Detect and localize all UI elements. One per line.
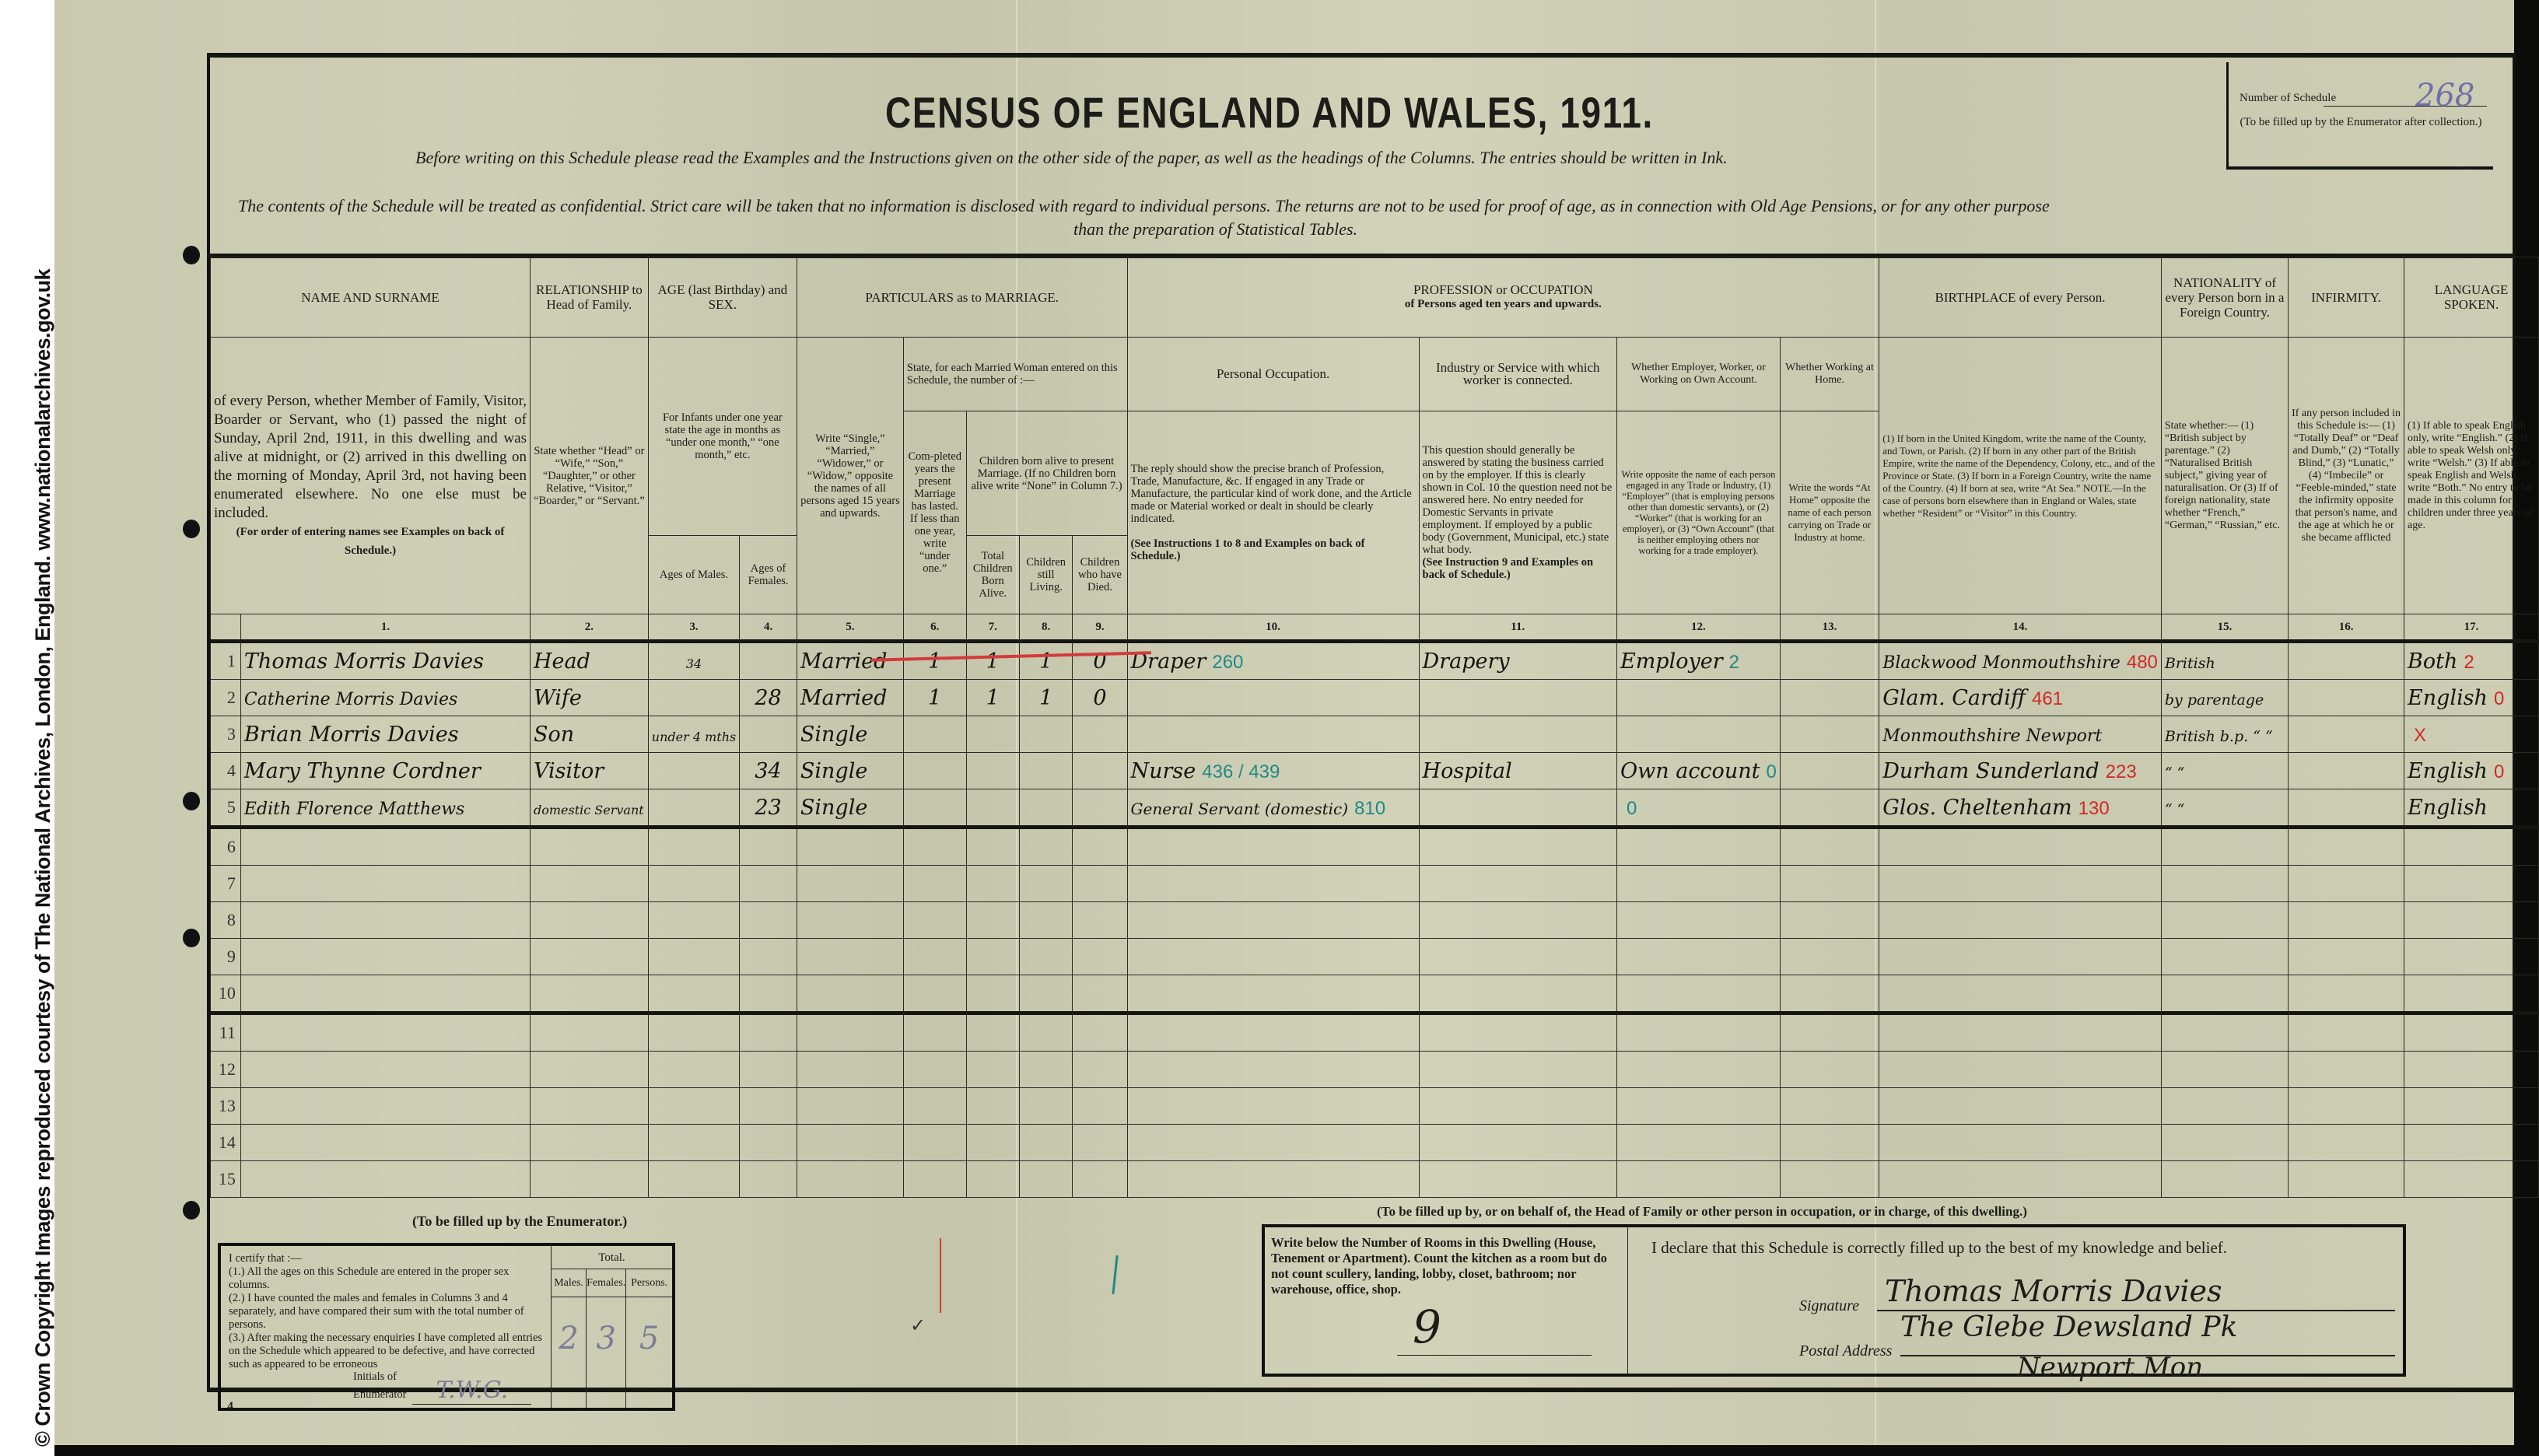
signature-value: Thomas Morris Davies bbox=[1885, 1274, 2222, 1308]
birthplace: Durham Sunderland bbox=[1882, 759, 2099, 783]
census-table: NAME AND SURNAME RELATIONSHIP to Head of… bbox=[210, 257, 2539, 1198]
children-living-cell bbox=[1019, 828, 1072, 866]
nationality-cell bbox=[2161, 866, 2288, 902]
column-header-occupation: PROFESSION or OCCUPATION of Persons aged… bbox=[1127, 257, 1879, 338]
enumerator-initials: Initials of EnumeratorT.W.G. bbox=[353, 1370, 551, 1402]
enumerator-certification-text: I certify that :— (1.) All the ages on t… bbox=[221, 1246, 552, 1408]
birthplace-instructions: (1) If born in the United Kingdom, write… bbox=[1879, 338, 2162, 614]
years-married-cell bbox=[903, 753, 966, 789]
industry-cell bbox=[1419, 716, 1616, 753]
age-male-cell bbox=[648, 939, 739, 975]
column-number: 3. bbox=[648, 614, 739, 642]
children-born-cell bbox=[966, 828, 1019, 866]
age-female-cell bbox=[740, 1125, 797, 1161]
certify-item-3: (3.) After making the necessary enquirie… bbox=[229, 1332, 543, 1371]
birthplace-cell bbox=[1879, 828, 2162, 866]
children-living-cell bbox=[1019, 716, 1072, 753]
row-number: 11 bbox=[211, 1013, 241, 1052]
row-number: 6 bbox=[211, 828, 241, 866]
language-cell bbox=[2404, 902, 2539, 939]
relationship-cell bbox=[530, 1125, 648, 1161]
language: English bbox=[2408, 759, 2488, 783]
certify-item-2: (2.) I have counted the males and female… bbox=[229, 1292, 543, 1332]
nationality-cell bbox=[2161, 1125, 2288, 1161]
table-row: 6 bbox=[211, 828, 2539, 866]
marital-status-cell bbox=[797, 828, 903, 866]
column-header-language: LANGUAGE SPOKEN. bbox=[2404, 257, 2539, 338]
personal-occupation-desc: The reply should show the precise branch… bbox=[1131, 463, 1412, 525]
marital-status-cell bbox=[797, 975, 903, 1013]
children-born: 1 bbox=[986, 649, 1000, 674]
column-number: 10. bbox=[1127, 614, 1419, 642]
children-living: 1 bbox=[1039, 649, 1052, 674]
age-female-cell bbox=[740, 902, 797, 939]
marital-status-instructions: Write “Single,” “Married,” “Widower,” or… bbox=[797, 338, 903, 614]
name-instructions: of every Person, whether Member of Famil… bbox=[211, 338, 531, 614]
table-row: 7 bbox=[211, 866, 2539, 902]
person-name-cell: Catherine Morris Davies bbox=[240, 680, 530, 716]
employment-status-cell bbox=[1617, 975, 1781, 1013]
infirmity-instructions: If any person included in this Schedule … bbox=[2289, 338, 2404, 614]
birthplace-cell bbox=[1879, 1161, 2162, 1198]
age-female-cell: 23 bbox=[740, 789, 797, 828]
birthplace-cell: Glam. Cardiff461 bbox=[1879, 680, 2162, 716]
column-header-relationship: RELATIONSHIP to Head of Family. bbox=[530, 257, 648, 338]
marital-status-cell bbox=[797, 1052, 903, 1088]
males-total: 2 bbox=[552, 1297, 587, 1408]
children-born-cell bbox=[966, 902, 1019, 939]
ages-of-males-label: Ages of Males. bbox=[648, 536, 739, 614]
marital-status-cell bbox=[797, 1125, 903, 1161]
punch-hole bbox=[183, 246, 200, 264]
nationality: British bbox=[2165, 655, 2215, 672]
age-female-cell bbox=[740, 642, 797, 680]
employment-status-cell bbox=[1617, 1088, 1781, 1125]
industry: Hospital bbox=[1423, 759, 1512, 783]
column-number: 5. bbox=[797, 614, 903, 642]
years-married-cell bbox=[903, 939, 966, 975]
language: English bbox=[2408, 796, 2488, 820]
children-living-cell bbox=[1019, 753, 1072, 789]
personal-occupation: General Servant (domestic) bbox=[1131, 800, 1349, 818]
schedule-number-box: Number of Schedule 268 (To be filled up … bbox=[2226, 62, 2493, 170]
children-died-cell bbox=[1073, 828, 1127, 866]
working-at-home-cell bbox=[1780, 642, 1879, 680]
person-name: Brian Morris Davies bbox=[244, 723, 459, 747]
children-died-cell bbox=[1073, 1052, 1127, 1088]
birthplace-cell bbox=[1879, 939, 2162, 975]
age-female-cell bbox=[740, 1161, 797, 1198]
column-number: 16. bbox=[2289, 614, 2404, 642]
children-living-cell bbox=[1019, 975, 1072, 1013]
table-row: 11 bbox=[211, 1013, 2539, 1052]
language-cell: X bbox=[2404, 716, 2539, 753]
age-female-cell bbox=[740, 828, 797, 866]
personal-occupation-cell bbox=[1127, 828, 1419, 866]
language-code: X bbox=[2414, 725, 2426, 746]
industry-cell bbox=[1419, 1125, 1616, 1161]
birthplace-cell bbox=[1879, 1088, 2162, 1125]
declaration-statement: I declare that this Schedule is correctl… bbox=[1651, 1238, 2227, 1258]
rooms-instruction: Write below the Number of Rooms in this … bbox=[1271, 1235, 1621, 1297]
birthplace-cell bbox=[1879, 1013, 2162, 1052]
person-name-cell: Brian Morris Davies bbox=[240, 716, 530, 753]
children-living-cell bbox=[1019, 1161, 1072, 1198]
working-at-home-cell bbox=[1780, 1052, 1879, 1088]
personal-occupation-cell: Draper260 bbox=[1127, 642, 1419, 680]
age-female-cell bbox=[740, 866, 797, 902]
table-row: 8 bbox=[211, 902, 2539, 939]
children-living-cell: 1 bbox=[1019, 680, 1072, 716]
row-number: 8 bbox=[211, 902, 241, 939]
column-number: 8. bbox=[1019, 614, 1072, 642]
industry-note: (See Instruction 9 and Examples on back … bbox=[1423, 556, 1594, 581]
industry-desc: This question should generally be answer… bbox=[1423, 444, 1613, 556]
children-died-cell bbox=[1073, 866, 1127, 902]
age-male-cell bbox=[648, 789, 739, 828]
occupation-subhead: of Persons aged ten years and upwards. bbox=[1131, 297, 1876, 312]
children-living-cell bbox=[1019, 1088, 1072, 1125]
personal-occupation-cell: Nurse436 / 439 bbox=[1127, 753, 1419, 789]
infirmity-cell bbox=[2289, 1161, 2404, 1198]
personal-occupation-instructions: The reply should show the precise branch… bbox=[1127, 411, 1419, 614]
years-married-cell bbox=[903, 789, 966, 828]
age-female-cell: 28 bbox=[740, 680, 797, 716]
years-married: 1 bbox=[928, 686, 941, 710]
punch-hole bbox=[183, 792, 200, 810]
column-header-marriage: PARTICULARS as to MARRIAGE. bbox=[797, 257, 1127, 338]
working-at-home-cell bbox=[1780, 1125, 1879, 1161]
language-cell: English0 bbox=[2404, 680, 2539, 716]
relationship-cell bbox=[530, 866, 648, 902]
years-married-cell bbox=[903, 716, 966, 753]
birthplace-cell: Blackwood Monmouthshire480 bbox=[1879, 642, 2162, 680]
children-died: 0 bbox=[1093, 686, 1106, 710]
row-number: 3 bbox=[211, 716, 241, 753]
language-cell bbox=[2404, 1161, 2539, 1198]
age-male-cell bbox=[648, 1161, 739, 1198]
nationality-cell bbox=[2161, 1013, 2288, 1052]
females-label: Females. bbox=[587, 1269, 626, 1297]
employment-status-code: 0 bbox=[1766, 761, 1776, 782]
age-male-cell: under 4 mths bbox=[648, 716, 739, 753]
nationality: “ “ bbox=[2165, 801, 2184, 818]
column-number: 1. bbox=[240, 614, 530, 642]
years-married-cell bbox=[903, 866, 966, 902]
rooms-count: 9 bbox=[1413, 1319, 1441, 1335]
working-at-home-cell bbox=[1780, 828, 1879, 866]
age-female-cell bbox=[740, 1088, 797, 1125]
language: English bbox=[2408, 686, 2488, 710]
home-head: Whether Working at Home. bbox=[1780, 338, 1879, 411]
person-name-cell: Thomas Morris Davies bbox=[240, 642, 530, 680]
years-married-cell bbox=[903, 1052, 966, 1088]
age-male-cell bbox=[648, 680, 739, 716]
totals-label: Total. bbox=[552, 1246, 672, 1269]
working-at-home-cell bbox=[1780, 680, 1879, 716]
person-name: Mary Thynne Cordner bbox=[244, 759, 481, 783]
industry-cell: Drapery bbox=[1419, 642, 1616, 680]
language-code: 0 bbox=[2494, 761, 2504, 782]
totals-grid: Total. Males. Females. Persons. 2 3 5 bbox=[552, 1246, 672, 1408]
personal-occupation-cell: General Servant (domestic)810 bbox=[1127, 789, 1419, 828]
industry-cell bbox=[1419, 789, 1616, 828]
person-name-cell bbox=[240, 1161, 530, 1198]
table-row: 9 bbox=[211, 939, 2539, 975]
years-married-cell bbox=[903, 1125, 966, 1161]
nationality-cell bbox=[2161, 1088, 2288, 1125]
infirmity-cell bbox=[2289, 902, 2404, 939]
infirmity-cell bbox=[2289, 1052, 2404, 1088]
personal-occupation-code: 436 / 439 bbox=[1202, 761, 1280, 782]
age-male-cell bbox=[648, 866, 739, 902]
column-number: 6. bbox=[903, 614, 966, 642]
marital-status-cell: Married bbox=[797, 680, 903, 716]
years-married-cell bbox=[903, 902, 966, 939]
column-header-age: AGE (last Birthday) and SEX. bbox=[648, 257, 797, 338]
working-at-home-cell bbox=[1780, 866, 1879, 902]
marital-status: Single bbox=[800, 759, 867, 783]
table-row: 12 bbox=[211, 1052, 2539, 1088]
employment-status-cell: 0 bbox=[1617, 789, 1781, 828]
marital-status: Single bbox=[800, 796, 867, 820]
relationship-cell bbox=[530, 828, 648, 866]
children-died-cell bbox=[1073, 789, 1127, 828]
birthplace-cell: Glos. Cheltenham130 bbox=[1879, 789, 2162, 828]
column-number: 9. bbox=[1073, 614, 1127, 642]
person-name-cell bbox=[240, 866, 530, 902]
relationship-cell bbox=[530, 1161, 648, 1198]
children-died-cell bbox=[1073, 939, 1127, 975]
column-header-birthplace: BIRTHPLACE of every Person. bbox=[1879, 257, 2162, 338]
language-cell bbox=[2404, 939, 2539, 975]
age-male-cell: 34 bbox=[648, 642, 739, 680]
margin-strip: © Crown Copyright Images reproduced cour… bbox=[0, 0, 54, 1456]
row-number: 4 bbox=[211, 753, 241, 789]
infirmity-cell bbox=[2289, 866, 2404, 902]
personal-occupation-cell bbox=[1127, 716, 1419, 753]
rooms-line bbox=[1397, 1355, 1592, 1356]
relationship-cell bbox=[530, 1013, 648, 1052]
row-number: 2 bbox=[211, 680, 241, 716]
employer-head: Whether Employer, Worker, or Working on … bbox=[1617, 338, 1781, 411]
age-male: under 4 mths bbox=[652, 730, 736, 744]
person-name-cell bbox=[240, 939, 530, 975]
age-female-cell bbox=[740, 1052, 797, 1088]
table-row: 1Thomas Morris DaviesHead34Married1110Dr… bbox=[211, 642, 2539, 680]
infirmity-cell bbox=[2289, 828, 2404, 866]
nationality: “ “ bbox=[2165, 765, 2184, 782]
age-male-cell bbox=[648, 902, 739, 939]
infirmity-cell bbox=[2289, 1088, 2404, 1125]
column-number: 17. bbox=[2404, 614, 2539, 642]
page-number: 4 bbox=[227, 1400, 233, 1414]
birthplace-code: 130 bbox=[2078, 798, 2110, 819]
children-living-cell bbox=[1019, 1013, 1072, 1052]
birthplace-cell bbox=[1879, 1125, 2162, 1161]
row-number: 10 bbox=[211, 975, 241, 1013]
birthplace-cell bbox=[1879, 975, 2162, 1013]
children-born-cell bbox=[966, 866, 1019, 902]
column-number: 15. bbox=[2161, 614, 2288, 642]
years-married-cell: 1 bbox=[903, 680, 966, 716]
relationship: Visitor bbox=[534, 759, 604, 783]
relationship: Wife bbox=[534, 686, 582, 710]
birthplace-cell bbox=[1879, 902, 2162, 939]
personal-occupation-cell bbox=[1127, 680, 1419, 716]
infirmity-cell bbox=[2289, 1013, 2404, 1052]
years-married-cell bbox=[903, 828, 966, 866]
years-married-instructions: Com-pleted years the present Marriage ha… bbox=[903, 411, 966, 614]
language-cell bbox=[2404, 1088, 2539, 1125]
relationship-cell: Wife bbox=[530, 680, 648, 716]
age-male-cell bbox=[648, 1052, 739, 1088]
children-died-cell bbox=[1073, 1013, 1127, 1052]
employment-status-cell: Own account0 bbox=[1617, 753, 1781, 789]
language-cell: English bbox=[2404, 789, 2539, 828]
person-name: Edith Florence Matthews bbox=[244, 800, 464, 819]
table-row: 14 bbox=[211, 1125, 2539, 1161]
personal-occupation-note: (See Instructions 1 to 8 and Examples on… bbox=[1131, 537, 1365, 562]
working-at-home-cell bbox=[1780, 753, 1879, 789]
industry-cell bbox=[1419, 1161, 1616, 1198]
age-male-cell bbox=[648, 753, 739, 789]
children-living-cell bbox=[1019, 866, 1072, 902]
age-instructions: For Infants under one year state the age… bbox=[648, 338, 797, 536]
marital-status-cell: Single bbox=[797, 789, 903, 828]
children-died-cell bbox=[1073, 716, 1127, 753]
industry-cell bbox=[1419, 975, 1616, 1013]
punch-hole bbox=[183, 1201, 200, 1220]
age-female-cell: 34 bbox=[740, 753, 797, 789]
personal-occupation-cell bbox=[1127, 1161, 1419, 1198]
industry-cell bbox=[1419, 1052, 1616, 1088]
personal-occupation-code: 810 bbox=[1354, 798, 1385, 819]
age-male-cell bbox=[648, 1088, 739, 1125]
children-died-cell: 0 bbox=[1073, 642, 1127, 680]
person-rows: 1Thomas Morris DaviesHead34Married1110Dr… bbox=[211, 642, 2539, 1198]
language-cell bbox=[2404, 975, 2539, 1013]
nationality-cell bbox=[2161, 939, 2288, 975]
copyright-notice: © Crown Copyright Images reproduced cour… bbox=[31, 269, 55, 1447]
table-row: 13 bbox=[211, 1088, 2539, 1125]
working-at-home-cell bbox=[1780, 975, 1879, 1013]
married-woman-instructions: State, for each Married Woman entered on… bbox=[903, 338, 1127, 411]
personal-occupation-head: Personal Occupation. bbox=[1127, 338, 1419, 411]
schedule-number-value: 268 bbox=[2415, 78, 2474, 114]
personal-occupation-cell bbox=[1127, 1088, 1419, 1125]
personal-occupation-cell bbox=[1127, 902, 1419, 939]
row-number: 15 bbox=[211, 1161, 241, 1198]
working-at-home-cell bbox=[1780, 1088, 1879, 1125]
age-male-cell bbox=[648, 1125, 739, 1161]
postal-address-label: Postal Address bbox=[1799, 1342, 1892, 1360]
children-living-label: Children still Living. bbox=[1019, 536, 1072, 614]
occupation-head: PROFESSION or OCCUPATION bbox=[1413, 282, 1593, 297]
infirmity-cell bbox=[2289, 642, 2404, 680]
person-name-cell bbox=[240, 828, 530, 866]
table-row: 5Edith Florence Matthewsdomestic Servant… bbox=[211, 789, 2539, 828]
employment-status-cell bbox=[1617, 939, 1781, 975]
row-number: 14 bbox=[211, 1125, 241, 1161]
industry-head: Industry or Service with which worker is… bbox=[1419, 338, 1616, 411]
head-of-family-box: Write below the Number of Rooms in this … bbox=[1262, 1224, 2406, 1377]
birthplace-cell bbox=[1879, 1052, 2162, 1088]
children-living-cell bbox=[1019, 1125, 1072, 1161]
table-row: 4Mary Thynne CordnerVisitor34SingleNurse… bbox=[211, 753, 2539, 789]
personal-occupation-cell bbox=[1127, 1125, 1419, 1161]
column-header-nationality: NATIONALITY of every Person born in a Fo… bbox=[2161, 257, 2288, 338]
ages-of-females-label: Ages of Females. bbox=[740, 536, 797, 614]
employment-status-cell bbox=[1617, 716, 1781, 753]
language-instructions: (1) If able to speak English only, write… bbox=[2404, 338, 2539, 614]
relationship-cell bbox=[530, 902, 648, 939]
infirmity-cell bbox=[2289, 975, 2404, 1013]
nationality: by parentage bbox=[2165, 691, 2264, 709]
employment-status: Own account bbox=[1620, 759, 1760, 783]
nationality: British b.p. “ “ bbox=[2165, 728, 2273, 745]
column-number: 7. bbox=[966, 614, 1019, 642]
row-number: 7 bbox=[211, 866, 241, 902]
females-total: 3 bbox=[587, 1297, 626, 1408]
declaration-section: I declare that this Schedule is correctl… bbox=[1628, 1227, 2403, 1374]
relationship: Head bbox=[534, 649, 590, 674]
children-born-cell bbox=[966, 789, 1019, 828]
infirmity-cell bbox=[2289, 1125, 2404, 1161]
relationship-cell bbox=[530, 1088, 648, 1125]
marital-status-cell bbox=[797, 1161, 903, 1198]
nationality-cell: British b.p. “ “ bbox=[2161, 716, 2288, 753]
industry-cell bbox=[1419, 1088, 1616, 1125]
nationality-cell bbox=[2161, 1052, 2288, 1088]
children-living-cell bbox=[1019, 902, 1072, 939]
children-died-cell bbox=[1073, 753, 1127, 789]
rooms-section: Write below the Number of Rooms in this … bbox=[1265, 1227, 1628, 1374]
language-cell bbox=[2404, 828, 2539, 866]
working-at-home-cell bbox=[1780, 939, 1879, 975]
age-male: 34 bbox=[686, 656, 702, 671]
industry-cell bbox=[1419, 828, 1616, 866]
age-female-cell bbox=[740, 1013, 797, 1052]
age-male-cell bbox=[648, 828, 739, 866]
children-born-cell bbox=[966, 1088, 1019, 1125]
children-died-cell: 0 bbox=[1073, 680, 1127, 716]
nationality-cell bbox=[2161, 975, 2288, 1013]
industry-cell bbox=[1419, 866, 1616, 902]
children-born-cell bbox=[966, 939, 1019, 975]
employer-instructions: Write opposite the name of each person e… bbox=[1617, 411, 1781, 614]
industry: Drapery bbox=[1423, 649, 1510, 674]
person-name-cell: Mary Thynne Cordner bbox=[240, 753, 530, 789]
infirmity-cell bbox=[2289, 753, 2404, 789]
row-number: 12 bbox=[211, 1052, 241, 1088]
employment-status-cell bbox=[1617, 828, 1781, 866]
age-female-cell bbox=[740, 939, 797, 975]
years-married-cell bbox=[903, 1161, 966, 1198]
column-number: 13. bbox=[1780, 614, 1879, 642]
relationship-cell bbox=[530, 975, 648, 1013]
column-number: 14. bbox=[1879, 614, 2162, 642]
birthplace: Monmouthshire Newport bbox=[1882, 726, 2102, 746]
personal-occupation: Nurse bbox=[1131, 759, 1196, 783]
relationship-cell: Visitor bbox=[530, 753, 648, 789]
person-name: Thomas Morris Davies bbox=[244, 649, 484, 674]
years-married-cell bbox=[903, 975, 966, 1013]
punch-hole bbox=[183, 520, 200, 538]
instruction-statistical: than the preparation of Statistical Tabl… bbox=[1073, 219, 1357, 240]
name-note: (For order of entering names see Example… bbox=[214, 523, 527, 560]
birthplace-cell: Durham Sunderland223 bbox=[1879, 753, 2162, 789]
